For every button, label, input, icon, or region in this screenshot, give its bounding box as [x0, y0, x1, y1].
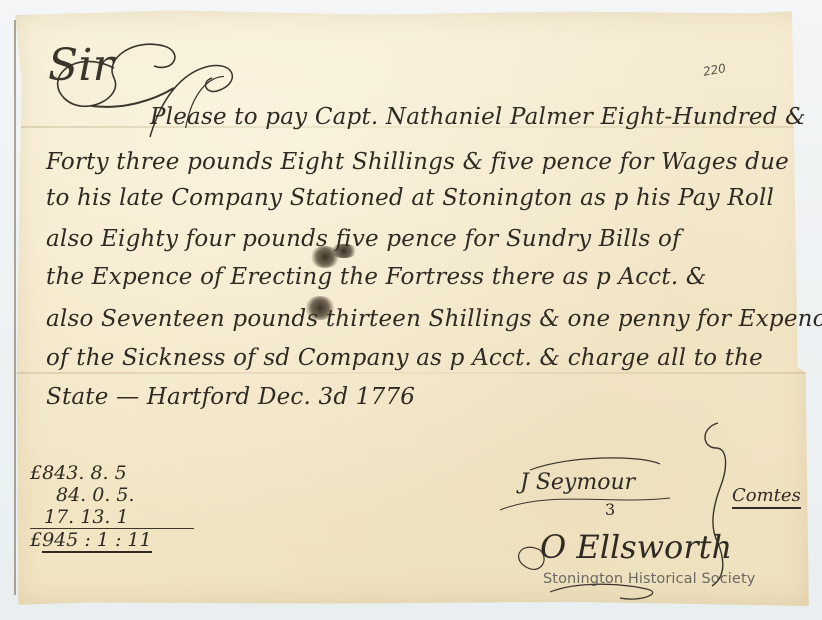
signature-numeral: 3 — [605, 500, 615, 519]
body-line: Forty three pounds Eight Shillings & fiv… — [46, 149, 789, 175]
tally-row: £843. 8. 5 — [30, 462, 194, 484]
signature-role: Comtes — [732, 485, 801, 509]
salutation: Sir — [48, 40, 114, 91]
body-line: Please to pay Capt. Nathaniel Palmer Eig… — [150, 104, 806, 130]
body-line: State — Hartford Dec. 3d 1776 — [46, 384, 415, 410]
body-line: also Eighty four pounds five pence for S… — [46, 226, 681, 252]
tally-total: £945 : 1 : 11 — [30, 529, 194, 551]
signature-ellsworth: O Ellsworth — [540, 528, 732, 566]
body-line: the Expence of Erecting the Fortress the… — [46, 264, 707, 290]
body-line: also Seventeen pounds thirteen Shillings… — [46, 306, 822, 332]
watermark: Stonington Historical Society — [543, 571, 755, 587]
ink-blot — [330, 244, 358, 258]
sum-tally: £843. 8. 5 84. 0. 5. 17. 13. 1 £945 : 1 … — [30, 462, 194, 551]
body-line: to his late Company Stationed at Stoning… — [46, 185, 774, 211]
ink-blot — [305, 296, 335, 320]
tally-row: 17. 13. 1 — [30, 506, 194, 529]
body-line: of the Sickness of sd Company as p Acct.… — [46, 345, 763, 371]
paper-edge-shadow — [14, 20, 16, 595]
document-viewer: Sir 220 Please to pay Capt. Nathaniel Pa… — [0, 0, 822, 620]
signature-seymour: J Seymour — [520, 470, 635, 495]
tally-row: 84. 0. 5. — [30, 484, 194, 506]
